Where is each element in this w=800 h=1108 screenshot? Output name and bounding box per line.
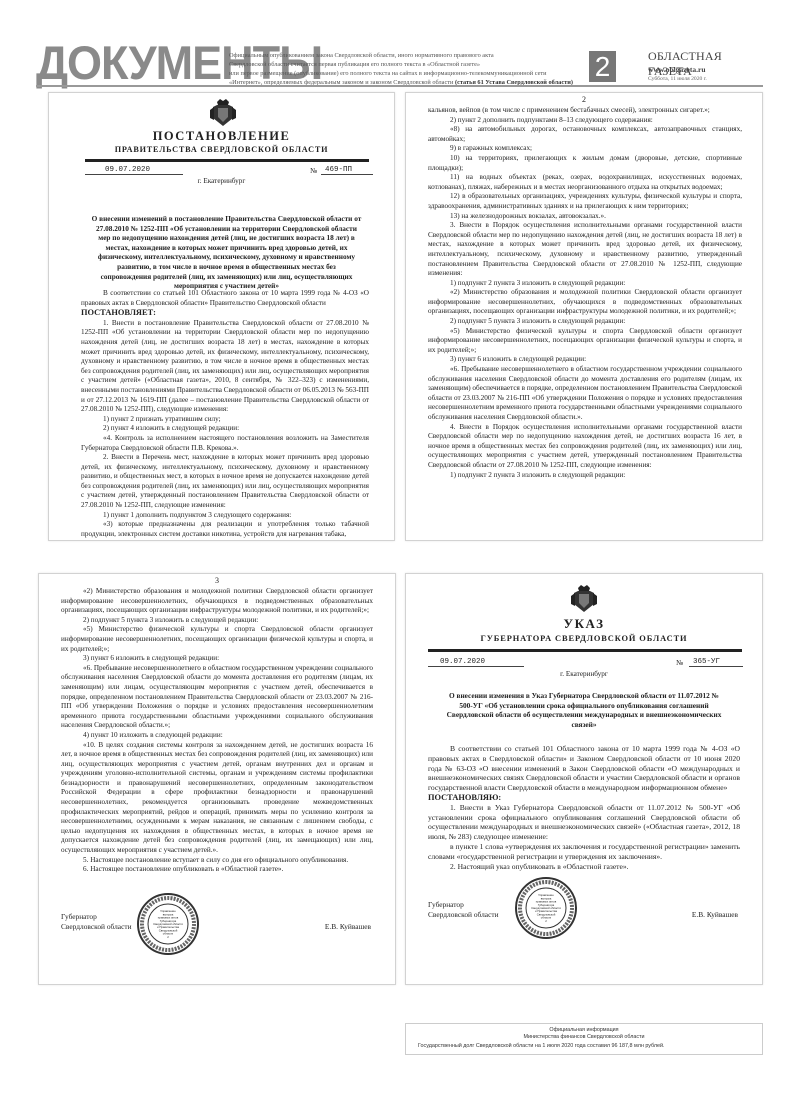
ukaz-signer-name: Е.В. Куйвашев	[692, 910, 738, 920]
header-rule	[428, 649, 742, 652]
decree-date: 09.07.2020	[85, 166, 183, 175]
publication-note: Официальным опубликованием закона Свердл…	[229, 51, 619, 87]
masthead: ДОКУМЕНТЫ Официальным опубликованием зак…	[36, 44, 763, 84]
page-number: 2	[406, 95, 762, 104]
ukaz-body: В соответствии со статьей 101 Областного…	[428, 744, 740, 871]
decree-body-1: В соответствии со статьей 101 Областного…	[81, 289, 369, 539]
ukaz-number: 365-УГ	[689, 658, 743, 667]
decree-signer-title: Губернатор Свердловской области	[61, 912, 132, 931]
finance-ministry-info: Официальная информация Министерства фина…	[405, 1023, 763, 1055]
decree-city: г. Екатеринбург	[49, 177, 394, 185]
masthead-rule	[36, 85, 763, 87]
ukaz-city: г. Екатеринбург	[406, 670, 762, 678]
paragraph: 10) на территориях, прилегающих к жилым …	[428, 154, 742, 173]
paragraph: 3) пункт 6 изложить в следующей редакции…	[428, 355, 742, 365]
page-number: 3	[39, 576, 395, 585]
issue-date: Суббота, 11 июля 2020 г.	[648, 76, 707, 82]
paragraph: 12) в образовательных организациях, учре…	[428, 192, 742, 211]
decree-body-2: кальянов, вейпов (в том числе с применен…	[428, 106, 742, 480]
paragraph: 1) подпункт 2 пункта 3 изложить в следую…	[428, 471, 742, 481]
coat-of-arms-icon	[569, 584, 599, 614]
paragraph: «8) на автомобильных дорогах, остановочн…	[428, 125, 742, 144]
ukaz-signer-title: Губернатор Свердловской области	[428, 900, 499, 919]
official-stamp-icon: Управлениевыпускаправовых актовГубернато…	[136, 892, 200, 956]
decree-page-1: ПОСТАНОВЛЕНИЕ ПРАВИТЕЛЬСТВА СВЕРДЛОВСКОЙ…	[48, 92, 395, 541]
paragraph: 2) подпункт 5 пункта 3 изложить в следую…	[428, 317, 742, 327]
decree-page-3: 3 «2) Министерство образования и молодеж…	[38, 573, 396, 985]
newspaper-website[interactable]: www.oblgazeta.ru	[648, 65, 706, 74]
header-rule	[85, 159, 369, 162]
paragraph: 9) в гаражных комплексах;	[428, 144, 742, 154]
number-label: №	[676, 658, 683, 667]
paragraph: «2) Министерство образования и молодежно…	[428, 288, 742, 317]
decree-heading: О внесении изменений в постановление Пра…	[91, 214, 362, 291]
paragraph: 4. Внести в Порядок осуществления исполн…	[428, 423, 742, 471]
paragraph: 3. Внести в Порядок осуществления исполн…	[428, 221, 742, 279]
info-text: Государственный долг Свердловской област…	[406, 1043, 762, 1050]
paragraph: 2) пункт 2 дополнить подпунктами 8–13 сл…	[428, 116, 742, 126]
ukaz-page: УКАЗ ГУБЕРНАТОРА СВЕРДЛОВСКОЙ ОБЛАСТИ 09…	[405, 573, 763, 985]
decree-title: ПОСТАНОВЛЕНИЕ	[49, 129, 394, 144]
decree-subtitle: ПРАВИТЕЛЬСТВА СВЕРДЛОВСКОЙ ОБЛАСТИ	[49, 145, 394, 154]
paragraph: 11) на водных объектах (реках, озерах, в…	[428, 173, 742, 192]
paragraph: кальянов, вейпов (в том числе с применен…	[428, 106, 742, 116]
decree-body-3: «2) Министерство образования и молодежно…	[61, 587, 373, 875]
decree-signer-name: Е.В. Куйвашев	[325, 922, 371, 932]
coat-of-arms-icon	[208, 98, 238, 128]
newspaper-name: ОБЛАСТНАЯ ГАЗЕТА	[648, 49, 763, 79]
number-label: №	[310, 166, 317, 175]
paragraph: 1) подпункт 2 пункта 3 изложить в следую…	[428, 279, 742, 289]
ukaz-subtitle: ГУБЕРНАТОРА СВЕРДЛОВСКОЙ ОБЛАСТИ	[406, 634, 762, 643]
decree-number: 469-ПП	[321, 166, 373, 175]
decree-page-2: 2 кальянов, вейпов (в том числе с примен…	[405, 92, 763, 541]
ukaz-title: УКАЗ	[406, 616, 762, 632]
paragraph: «5) Министерство физической культуры и с…	[428, 327, 742, 356]
official-stamp-icon: Управлениевыпускаправовых актовГубернато…	[514, 876, 578, 940]
ukaz-date: 09.07.2020	[428, 658, 524, 667]
page-number-badge: 2	[589, 51, 616, 82]
paragraph: 13) на железнодорожных вокзалах, автовок…	[428, 212, 742, 222]
paragraph: «6. Пребывание несовершеннолетнего в обл…	[428, 365, 742, 423]
info-source: Министерства финансов Свердловской облас…	[406, 1034, 762, 1041]
ukaz-heading: О внесении изменения в Указ Губернатора …	[444, 691, 724, 729]
